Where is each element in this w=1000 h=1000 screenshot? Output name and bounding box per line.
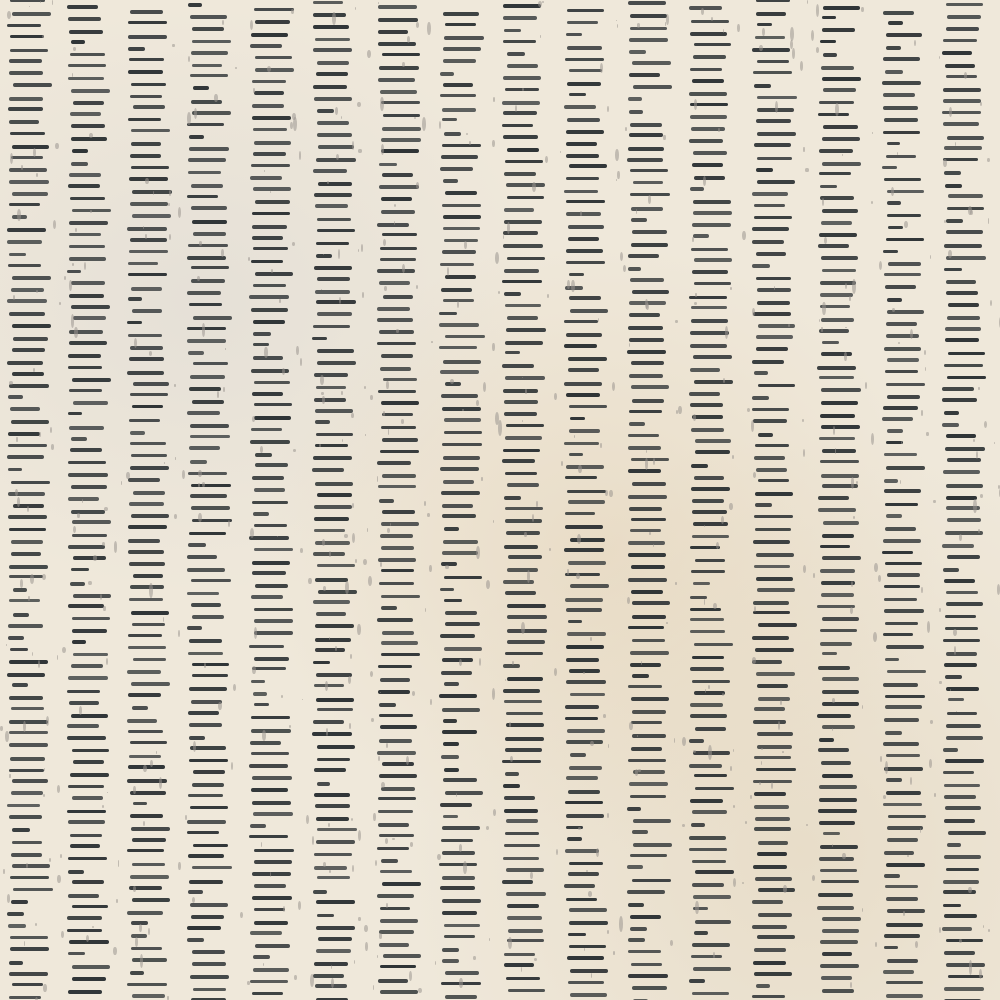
dash-mark [506, 328, 545, 332]
speck [168, 203, 169, 206]
dash-mark [316, 300, 356, 304]
dash-mark [566, 680, 606, 684]
speck [806, 824, 808, 826]
dash-mark [380, 870, 412, 873]
dash-column [502, 0, 548, 1000]
dash-mark [445, 622, 480, 626]
dash-mark [313, 48, 351, 52]
speck [493, 809, 496, 816]
speck [708, 685, 710, 689]
dash-mark [315, 420, 330, 424]
dash-mark [632, 674, 649, 678]
speck [803, 449, 805, 457]
dash-mark [315, 624, 353, 628]
speck [617, 24, 618, 28]
dash-mark [888, 815, 926, 818]
speck [60, 854, 62, 858]
dash-mark [67, 690, 100, 693]
speck [89, 133, 93, 138]
dash-mark [819, 785, 857, 789]
dash-mark [885, 705, 922, 709]
dash-mark [628, 950, 660, 953]
dash-mark [378, 810, 412, 813]
dash-mark [381, 859, 398, 863]
speck [320, 375, 324, 385]
dash-mark [316, 900, 355, 904]
dash-mark [379, 943, 409, 947]
dash-mark [630, 854, 667, 857]
speck [737, 24, 739, 32]
speck [310, 974, 314, 987]
dash-mark [253, 343, 269, 346]
speck [185, 815, 187, 820]
speck [807, 0, 808, 3]
dash-mark [886, 33, 922, 37]
speck [637, 23, 640, 27]
dash-mark [443, 12, 479, 16]
dash-mark [757, 132, 796, 136]
dash-mark [67, 810, 106, 813]
dash-mark [381, 641, 418, 645]
dash-mark [315, 638, 351, 642]
dash-mark [12, 192, 47, 196]
dash-mark [317, 828, 356, 831]
dash-mark [317, 349, 354, 353]
speck [980, 494, 983, 498]
speck [617, 171, 619, 180]
dash-mark [822, 341, 839, 344]
dash-mark [254, 908, 286, 911]
dash-mark [188, 854, 224, 858]
dash-mark [254, 524, 288, 527]
speck [483, 382, 486, 392]
dash-mark [9, 565, 48, 569]
dash-mark [315, 204, 348, 208]
dash-mark [690, 630, 725, 633]
dash-mark [443, 227, 481, 230]
speck [401, 419, 404, 423]
speck [934, 793, 936, 797]
dash-mark [190, 903, 229, 907]
speck [341, 391, 343, 395]
dash-mark [818, 113, 849, 116]
dash-mark [882, 417, 912, 421]
speck [607, 813, 609, 818]
dash-mark [883, 57, 920, 61]
dash-mark [942, 423, 959, 427]
dash-mark [884, 273, 921, 276]
speck [759, 45, 762, 51]
dash-mark [313, 720, 344, 724]
dash-mark [885, 503, 918, 506]
dash-mark [754, 565, 790, 568]
dash-mark [443, 815, 458, 818]
dash-mark [505, 304, 541, 307]
dash-mark [72, 965, 110, 969]
dash-mark [128, 646, 166, 649]
speck [944, 220, 946, 223]
dash-mark [887, 395, 920, 399]
dash-mark [131, 129, 171, 132]
dash-mark [252, 992, 283, 995]
dash-mark [631, 747, 662, 751]
speck [450, 379, 454, 384]
speck [270, 872, 271, 876]
dash-mark [189, 135, 203, 139]
dash-mark [948, 194, 984, 198]
dash-mark [444, 239, 478, 242]
dash-mark [947, 15, 980, 19]
dash-mark [690, 344, 727, 348]
dash-mark [252, 561, 290, 565]
dash-column [752, 0, 798, 1000]
speck [370, 671, 373, 677]
speck [457, 301, 459, 308]
speck [856, 481, 858, 484]
dash-mark [73, 401, 108, 405]
dash-mark [440, 886, 474, 890]
dash-mark [566, 261, 605, 264]
dash-mark [885, 370, 918, 373]
dash-mark [8, 636, 23, 640]
dash-mark [817, 605, 855, 608]
dash-mark [10, 407, 40, 411]
dash-mark [886, 334, 918, 338]
dash-mark [13, 337, 48, 341]
speck [9, 381, 13, 385]
dash-mark [883, 803, 923, 806]
dash-mark [69, 940, 109, 944]
dash-mark [72, 905, 108, 908]
dash-mark [71, 124, 105, 128]
speck [924, 350, 926, 355]
speck [358, 830, 361, 840]
dash-mark [314, 793, 350, 797]
dash-mark [821, 761, 851, 765]
dash-mark [192, 27, 223, 31]
speck [645, 299, 648, 309]
dash-mark [945, 806, 980, 810]
speck [583, 672, 584, 674]
dash-mark [69, 294, 104, 298]
dash-mark [631, 458, 669, 461]
dash-mark [885, 622, 918, 625]
dash-mark [445, 971, 479, 975]
dash-mark [691, 823, 705, 827]
dash-mark [378, 797, 416, 800]
dash-mark [313, 1, 343, 4]
dash-mark [632, 399, 664, 403]
dash-mark [502, 880, 532, 884]
speck [842, 853, 845, 860]
dash-mark [944, 914, 977, 918]
dash-mark [946, 280, 976, 284]
dash-mark [380, 990, 418, 994]
dash-mark [505, 436, 543, 440]
dash-mark [187, 831, 219, 834]
dash-mark [251, 716, 290, 719]
dash-mark [883, 742, 920, 746]
speck [143, 765, 147, 773]
speck [469, 141, 471, 145]
dash-mark [507, 257, 545, 260]
dash-mark [885, 527, 917, 531]
speck [645, 458, 648, 469]
speck [24, 941, 25, 946]
dash-mark [439, 694, 477, 698]
dash-mark [9, 528, 46, 531]
speck [250, 20, 253, 30]
dash-mark [692, 680, 729, 683]
dash-mark [67, 724, 99, 728]
dash-mark [755, 528, 792, 531]
dash-mark [946, 496, 976, 500]
dash-mark [254, 921, 288, 925]
speck [351, 818, 353, 821]
speck [365, 434, 367, 436]
dash-mark [442, 204, 480, 207]
dash-mark [822, 28, 855, 32]
speck [396, 329, 398, 333]
dash-mark [382, 510, 415, 514]
dash-mark [947, 555, 980, 559]
speck [701, 8, 704, 14]
speck [357, 102, 360, 107]
dash-mark [822, 702, 859, 706]
dash-mark [72, 640, 86, 644]
dash-mark [885, 70, 903, 74]
speck [522, 377, 523, 378]
dash-mark [252, 667, 287, 670]
dash-mark [887, 838, 919, 842]
dash-mark [188, 652, 223, 655]
dash-mark [753, 720, 787, 724]
speck [718, 128, 720, 131]
dash-mark [821, 388, 861, 392]
dash-mark [7, 912, 24, 916]
dash-mark [821, 256, 858, 260]
dash-mark [819, 738, 834, 742]
dash-mark [887, 142, 901, 145]
dash-mark [380, 907, 411, 910]
dash-mark [254, 403, 293, 406]
speck [556, 849, 558, 855]
dash-mark [9, 312, 45, 316]
dash-mark [821, 318, 855, 322]
dash-mark [69, 30, 103, 34]
dash-mark [377, 223, 409, 227]
dash-mark [255, 944, 290, 948]
speck [16, 437, 17, 442]
dash-mark [377, 618, 413, 622]
speck [930, 255, 932, 260]
dash-mark [752, 396, 769, 400]
dash-mark [317, 876, 350, 879]
dash-mark [191, 184, 223, 188]
speck [943, 159, 946, 167]
dash-mark [444, 682, 459, 686]
dash-mark [689, 139, 723, 143]
dash-mark [72, 880, 104, 884]
dash-mark [12, 12, 51, 16]
dash-mark [68, 64, 106, 67]
speck [429, 565, 431, 572]
speck [463, 861, 467, 873]
speck [708, 745, 712, 760]
dash-mark [316, 926, 354, 930]
dash-mark [442, 250, 476, 254]
dash-mark [73, 760, 104, 764]
dash-mark [254, 8, 294, 11]
speck [591, 973, 592, 978]
dash-mark [942, 387, 973, 391]
dash-mark [442, 443, 482, 446]
dash-mark [249, 835, 287, 838]
speck [987, 158, 990, 162]
speck [761, 761, 762, 766]
dash-column [127, 0, 173, 1000]
dash-mark [131, 83, 166, 86]
speck [964, 72, 967, 78]
dash-mark [188, 351, 204, 355]
speck [742, 882, 744, 884]
dash-mark [754, 371, 768, 375]
dash-mark [503, 76, 541, 80]
dash-mark [130, 971, 144, 975]
dash-mark [689, 392, 720, 396]
dash-mark [251, 752, 289, 755]
speck [439, 121, 441, 129]
dash-mark [253, 332, 270, 336]
dash-mark [752, 192, 787, 196]
dash-mark [72, 520, 111, 524]
dash-mark [254, 416, 291, 420]
speck [850, 982, 852, 988]
dash-mark [754, 972, 791, 976]
dash-mark [628, 578, 667, 582]
dash-mark [69, 426, 104, 430]
dash-mark [253, 284, 286, 287]
speck [929, 759, 932, 768]
dash-mark [313, 25, 349, 29]
speck [782, 751, 783, 753]
speck [57, 655, 58, 659]
speck [733, 805, 736, 808]
speck [695, 901, 699, 915]
dash-mark [886, 791, 921, 795]
dash-mark [630, 663, 661, 667]
speck [394, 204, 396, 207]
speck [538, 1, 542, 7]
dash-mark [886, 46, 902, 50]
speck [43, 984, 46, 993]
dash-mark [379, 703, 396, 707]
speck [524, 532, 526, 538]
speck [878, 575, 881, 582]
speck [493, 520, 494, 523]
dash-mark [690, 667, 723, 671]
dash-mark [567, 632, 606, 636]
dash-mark [317, 745, 355, 749]
dash-mark [507, 64, 539, 68]
speck [872, 132, 874, 135]
dash-mark [689, 979, 704, 983]
dash-mark [9, 696, 43, 700]
dash-mark [632, 710, 666, 714]
dash-mark [823, 6, 860, 10]
dash-mark [628, 1, 666, 5]
dash-mark [822, 269, 856, 272]
speck [32, 652, 33, 656]
dash-mark [72, 378, 111, 382]
dash-mark [313, 169, 347, 173]
dash-mark [820, 642, 852, 646]
speck [368, 576, 372, 587]
speck [75, 228, 77, 232]
dash-mark [130, 202, 167, 206]
dash-mark [944, 146, 982, 150]
speck [277, 536, 278, 537]
dash-mark [9, 384, 48, 388]
dash-mark [819, 857, 855, 861]
dash-mark [192, 783, 224, 787]
dash-mark [69, 245, 105, 248]
dash-mark [131, 682, 170, 686]
dash-mark [381, 426, 416, 429]
dash-mark [130, 741, 167, 744]
dash-mark [191, 206, 227, 210]
dash-mark [819, 376, 855, 379]
dash-mark [946, 939, 983, 942]
speck [364, 386, 366, 389]
dash-mark [567, 729, 606, 733]
speck [612, 382, 615, 391]
dash-mark [948, 975, 983, 978]
dash-mark [68, 820, 105, 824]
dash-mark [8, 395, 23, 399]
dash-mark [504, 545, 538, 549]
dash-mark [193, 362, 228, 365]
dash-mark [378, 665, 412, 668]
speck [542, 1, 544, 3]
speck [979, 969, 982, 980]
speck [873, 632, 877, 643]
dash-mark [443, 719, 457, 723]
dash-mark [758, 841, 788, 845]
dash-mark [71, 510, 104, 514]
dash-mark [822, 209, 858, 213]
speck [9, 774, 10, 779]
dash-mark [317, 133, 352, 137]
dash-mark [502, 280, 542, 283]
dash-mark [888, 262, 921, 266]
speck [223, 387, 225, 392]
dash-mark [440, 634, 475, 638]
dash-mark [13, 888, 53, 891]
dash-mark [629, 338, 664, 342]
dash-mark [752, 264, 770, 268]
dash-mark [11, 156, 44, 159]
dash-mark [692, 810, 728, 814]
dash-mark [130, 238, 168, 242]
speck [424, 501, 427, 507]
speck [106, 658, 108, 665]
dash-mark [630, 651, 668, 655]
dash-mark [945, 184, 962, 188]
speck [495, 252, 499, 264]
speck [59, 302, 61, 305]
dash-mark [756, 553, 794, 557]
